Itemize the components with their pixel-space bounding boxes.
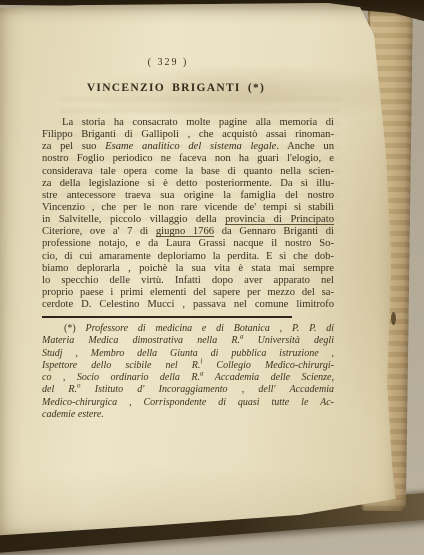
footnote-line: Materia Medica dimostrativa nella R.a Un… [42, 335, 334, 347]
body-line: considerava tale opera come la base di q… [42, 166, 334, 178]
body-text: da Gennaro Briganti di [214, 226, 334, 237]
body-line: Vincenzio , che per le non rare vicende … [42, 202, 334, 214]
body-line: in Salvitelle, piccolo villaggio della p… [42, 214, 334, 226]
footnote-text: del R. [42, 384, 77, 395]
underlined-text: provincia di Principato [225, 214, 334, 225]
footnote-text: Collegio Medico-chirurgi- [202, 360, 334, 371]
footnote-line: Medico-chirurgica , Corrispondente di qu… [42, 397, 334, 409]
body-text: Citeriore, ove a' 7 di [42, 226, 156, 237]
body-line: Citeriore, ove a' 7 di giugno 1766 da Ge… [42, 226, 334, 238]
body-line: za pel suo Esame analitico del sistema l… [42, 141, 334, 153]
body-line: lo specchio delle virtù. Infatti dopo av… [42, 275, 334, 287]
footnote-line: Ispettore dello scibile nel R.l Collegio… [42, 360, 334, 372]
footnote: (*) Professore di medicina e di Botanica… [42, 323, 334, 421]
ink-fleck [391, 312, 396, 325]
body-paragraph: La storia ha consacrato molte pagine all… [42, 117, 334, 311]
scanned-book-photo: { "page": { "number": "( 329 )", "title"… [0, 0, 424, 555]
footnote-text: Professore di medicina e di Botanica , P… [85, 323, 334, 334]
footnote-text: Accademia delle Scienze, [203, 372, 334, 383]
underlined-text: giugno 1766 [156, 226, 214, 237]
body-text: . Anche un [276, 141, 334, 152]
body-line: cio, di cui amaramente deploriamo la per… [42, 251, 334, 263]
page-title: VINCENZIO BRIGANTI (*) [30, 82, 322, 94]
body-line: stre antecessore traeva sua origine la f… [42, 190, 334, 202]
footnote-line: Studj , Membro della Giunta di pubblica … [42, 348, 334, 360]
footnote-text: Università degli [243, 335, 334, 346]
body-text: za pel suo [42, 141, 105, 152]
book-title-italic: Esame analitico del sistema legale [105, 141, 276, 152]
body-line: Filippo Briganti di Gallipoli , che acqu… [42, 129, 334, 141]
footnote-text: Istituto d' Incoraggiamento , dell' Acca… [81, 384, 334, 395]
body-line: cerdote D. Celestino Mucci , passava nel… [42, 299, 334, 311]
footnote-separator-rule [42, 316, 292, 318]
body-line: nostro Foglio periodico ne faceva non ha… [42, 153, 334, 165]
book-page: ( 329 ) VINCENZIO BRIGANTI (*) La storia… [0, 3, 400, 539]
footnote-line: (*) Professore di medicina e di Botanica… [42, 323, 334, 335]
body-line: La storia ha consacrato molte pagine all… [42, 117, 334, 129]
footnote-marker: (*) [64, 323, 85, 334]
body-line: biamo deplorarla , poichè la sua vita è … [42, 263, 334, 275]
page-number: ( 329 ) [22, 57, 314, 68]
footnote-line: del R.o Istituto d' Incoraggiamento , de… [42, 384, 334, 396]
body-line: professione notajo, e da Laura Grassi na… [42, 238, 334, 250]
footnote-text: co , Socio ordinario della R. [42, 372, 200, 383]
body-text: in Salvitelle, piccolo villaggio della [42, 214, 225, 225]
body-line: proprio paese i primi elementi del saper… [42, 287, 334, 299]
body-line: za della legislazione si è detto posteri… [42, 178, 334, 190]
footnote-line: cademie estere. [42, 409, 334, 421]
footnote-text: Materia Medica dimostrativa nella R. [42, 335, 240, 346]
footnote-text: Ispettore dello scibile nel R. [42, 360, 200, 371]
footnote-line: co , Socio ordinario della R.a Accademia… [42, 372, 334, 384]
